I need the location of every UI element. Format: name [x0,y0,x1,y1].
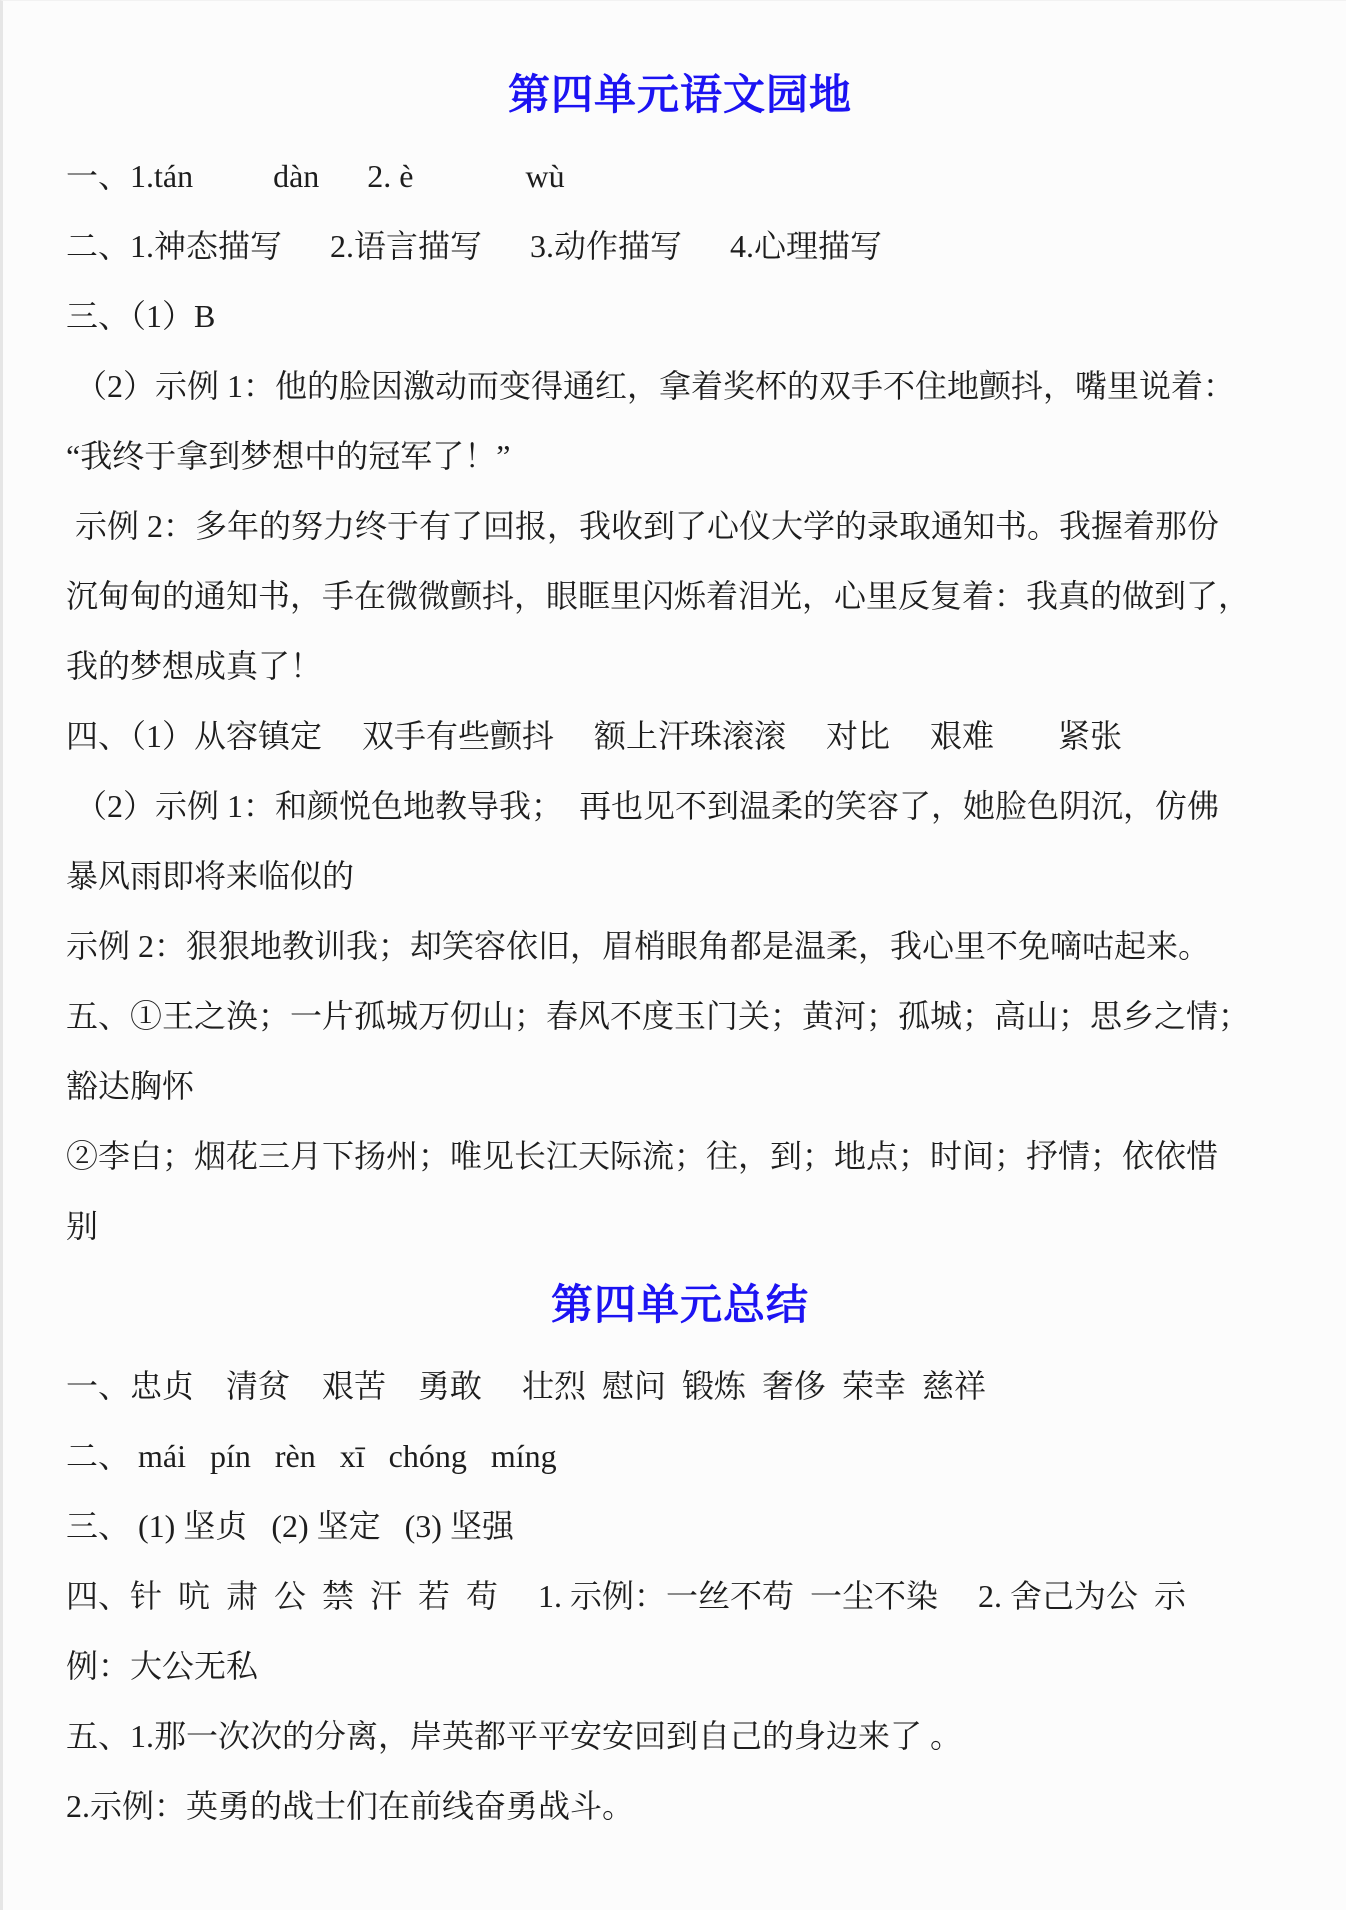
answer-line: 一、忠贞 清贫 艰苦 勇敢 壮烈 慰问 锻炼 奢侈 荣幸 慈祥 [66,1351,1294,1421]
answer-line: 二、 mái pín rèn xī chóng míng [66,1421,1294,1491]
answer-line: 例：大公无私 [66,1631,1294,1701]
answer-line: ②李白；烟花三月下扬州；唯见长江天际流；往，到；地点；时间；抒情；依依惜 [66,1121,1294,1191]
section-unit4-yuwenyuandi: 第四单元语文园地 一、1.tán dàn 2. è wù二、1.神态描写 2.语… [66,51,1294,1261]
answer-lines-unit4-garden: 一、1.tán dàn 2. è wù二、1.神态描写 2.语言描写 3.动作描… [66,141,1294,1261]
answer-line: “我终于拿到梦想中的冠军了！” [66,421,1294,491]
answer-line: 二、1.神态描写 2.语言描写 3.动作描写 4.心理描写 [66,211,1294,281]
answer-line: 豁达胸怀 [66,1051,1294,1121]
answer-line: 别 [66,1191,1294,1261]
answer-lines-unit4-summary: 一、忠贞 清贫 艰苦 勇敢 壮烈 慰问 锻炼 奢侈 荣幸 慈祥二、 mái pí… [66,1351,1294,1841]
answer-line: （2）示例 1：他的脸因激动而变得通红，拿着奖杯的双手不住地颤抖，嘴里说着： [66,351,1294,421]
answer-line: （2）示例 1：和颜悦色地教导我； 再也见不到温柔的笑容了，她脸色阴沉，仿佛 [66,771,1294,841]
document-page: 第四单元语文园地 一、1.tán dàn 2. è wù二、1.神态描写 2.语… [0,0,1346,1910]
answer-line: 暴风雨即将来临似的 [66,841,1294,911]
answer-line: 沉甸甸的通知书，手在微微颤抖，眼眶里闪烁着泪光，心里反复着：我真的做到了， [66,561,1294,631]
answer-line: 一、1.tán dàn 2. è wù [66,141,1294,211]
answer-line: 我的梦想成真了！ [66,631,1294,701]
answer-line: 五、1.那一次次的分离，岸英都平平安安回到自己的身边来了 。 [66,1701,1294,1771]
answer-line: 三、（1）B [66,281,1294,351]
answer-line: 四、（1）从容镇定 双手有些颤抖 额上汗珠滚滚 对比 艰难 紧张 [66,701,1294,771]
answer-line: 2.示例：英勇的战士们在前线奋勇战斗。 [66,1771,1294,1841]
section-title-unit4-garden: 第四单元语文园地 [66,51,1294,141]
section-title-unit4-summary: 第四单元总结 [66,1261,1294,1351]
answer-line: 三、 (1) 坚贞 (2) 坚定 (3) 坚强 [66,1491,1294,1561]
answer-line: 示例 2：多年的努力终于有了回报，我收到了心仪大学的录取通知书。我握着那份 [66,491,1294,561]
section-unit4-zongjie: 第四单元总结 一、忠贞 清贫 艰苦 勇敢 壮烈 慰问 锻炼 奢侈 荣幸 慈祥二、… [66,1261,1294,1841]
answer-line: 示例 2：狠狠地教训我；却笑容依旧，眉梢眼角都是温柔，我心里不免嘀咕起来。 [66,911,1294,981]
answer-line: 四、针 吭 肃 公 禁 汗 若 苟 1. 示例：一丝不苟 一尘不染 2. 舍己为… [66,1561,1294,1631]
answer-line: 五、①王之涣；一片孤城万仞山；春风不度玉门关；黄河；孤城；高山；思乡之情； [66,981,1294,1051]
